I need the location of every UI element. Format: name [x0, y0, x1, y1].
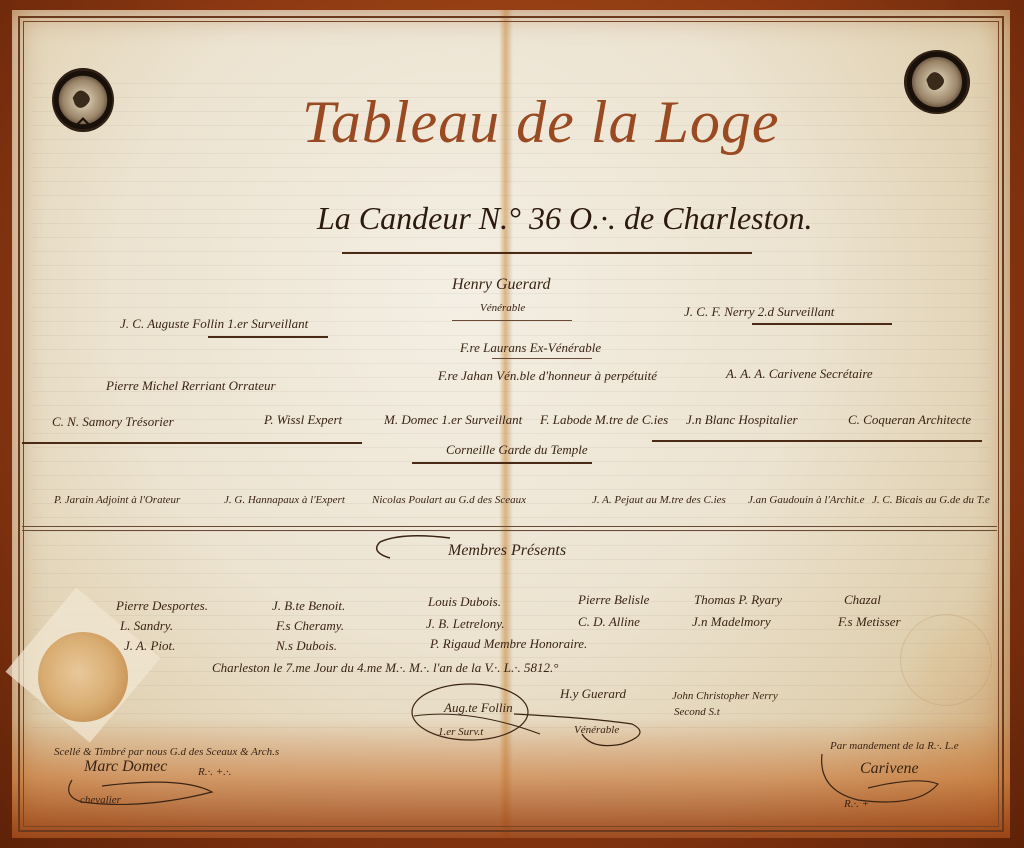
secretary-note: Par mandement de la R.·. L.e — [830, 740, 959, 752]
heading-flourish-icon — [372, 532, 452, 562]
member: Pierre Desportes. — [116, 598, 208, 614]
signature-flourish-guerard-icon — [512, 694, 652, 750]
signature-nerry: John Christopher Nerry — [672, 690, 778, 702]
first-warden-rule — [208, 336, 328, 338]
adjunct-ceremonies: J. A. Pejaut au M.tre des C.ies — [592, 494, 726, 506]
signature-domec-mark: R.·. +.·. — [198, 766, 231, 778]
venerable-rule — [452, 320, 572, 321]
second-warden-rule — [752, 323, 892, 325]
member: J.n Madelmory — [692, 614, 771, 630]
adjunct-divider-1 — [22, 526, 997, 527]
adjunct-expert: J. G. Hannapaux à l'Expert — [224, 494, 345, 506]
member: F.s Metisser — [838, 614, 901, 630]
treasurer: C. N. Samory Trésorier — [52, 414, 174, 430]
signature-domec: Marc Domec — [84, 758, 167, 776]
venerable-title: Vénérable — [480, 302, 525, 314]
first-surveillant-domec: M. Domec 1.er Surveillant — [384, 412, 522, 428]
lodge-name: La Candeur N.° 36 O.·. de Charleston. — [317, 200, 812, 237]
members-heading: Membres Présents — [448, 542, 566, 560]
signature-follin-title: 1.er Surv.t — [438, 726, 483, 738]
member-honorary: P. Rigaud Membre Honoraire. — [430, 636, 587, 652]
signature-guerard: H.y Guerard — [560, 686, 626, 702]
member: Thomas P. Ryary — [694, 592, 782, 608]
architect: C. Coqueran Architecte — [848, 412, 971, 428]
tyler-rule — [412, 462, 592, 464]
signature-nerry-title: Second S.t — [674, 706, 720, 718]
ex-venerable: F.re Laurans Ex-Vénérable — [460, 340, 601, 356]
faded-seal-icon — [900, 614, 992, 706]
signature-guerard-title: Vénérable — [574, 724, 619, 736]
master-of-ceremonies: F. Labode M.tre de C.ies — [540, 412, 668, 428]
member: J. A. Piot. — [124, 638, 175, 654]
signature-carivene-mark: R.·. + — [844, 798, 869, 810]
water-stain — [12, 718, 1010, 838]
dateline: Charleston le 7.me Jour du 4.me M.·. M.·… — [212, 660, 558, 676]
venerable-name: Henry Guerard — [452, 276, 551, 294]
member: Louis Dubois. — [428, 594, 501, 610]
right-divider — [652, 440, 982, 442]
member: J. B. Letrelony. — [426, 616, 505, 632]
ink-seal-right-icon — [904, 50, 970, 114]
member: N.s Dubois. — [276, 638, 337, 654]
adjunct-seals: Nicolas Poulart au G.d des Sceaux — [372, 494, 526, 506]
left-divider — [22, 442, 362, 444]
document-title: Tableau de la Loge — [302, 88, 779, 157]
orator: Pierre Michel Rerriant Orrateur — [106, 378, 276, 394]
signature-flourish-carivene-icon — [818, 750, 968, 810]
expert: P. Wissl Expert — [264, 412, 342, 428]
document-scan: Tableau de la Loge La Candeur N.° 36 O.·… — [0, 0, 1024, 848]
adjunct-architect: J.an Gaudouin à l'Archit.e — [748, 494, 865, 506]
member: Pierre Belisle — [578, 592, 649, 608]
member: F.s Cheramy. — [276, 618, 344, 634]
second-warden: J. C. F. Nerry 2.d Surveillant — [684, 304, 834, 320]
signature-domec-tag: chevalier — [80, 794, 121, 806]
wax-seal-icon — [38, 632, 128, 722]
first-warden: J. C. Auguste Follin 1.er Surveillant — [120, 316, 308, 332]
title-rule — [342, 252, 752, 254]
member: Chazal — [844, 592, 881, 608]
member: J. B.te Benoit. — [272, 598, 345, 614]
lodge-certificate-sheet: Tableau de la Loge La Candeur N.° 36 O.·… — [12, 10, 1010, 838]
adjunct-divider-2 — [22, 530, 997, 531]
seal-keeper-note: Scellé & Timbré par nous G.d des Sceaux … — [54, 746, 279, 758]
adjunct-orator: P. Jarain Adjoint à l'Orateur — [54, 494, 180, 506]
signature-follin: Aug.te Follin — [444, 700, 513, 716]
member: C. D. Alline — [578, 614, 640, 630]
ink-seal-left-icon — [52, 68, 114, 132]
adjunct-temple: J. C. Bicais au G.de du T.e — [872, 494, 990, 506]
secretary: A. A. A. Carivene Secrétaire — [726, 366, 873, 382]
hospitaller: J.n Blanc Hospitalier — [686, 412, 798, 428]
signature-carivene: Carivene — [860, 760, 919, 778]
member: L. Sandry. — [120, 618, 173, 634]
ex-venerable-rule — [492, 358, 592, 359]
tyler: Corneille Garde du Temple — [446, 442, 588, 458]
honorary-venerable: F.re Jahan Vén.ble d'honneur à perpétuit… — [438, 368, 657, 384]
